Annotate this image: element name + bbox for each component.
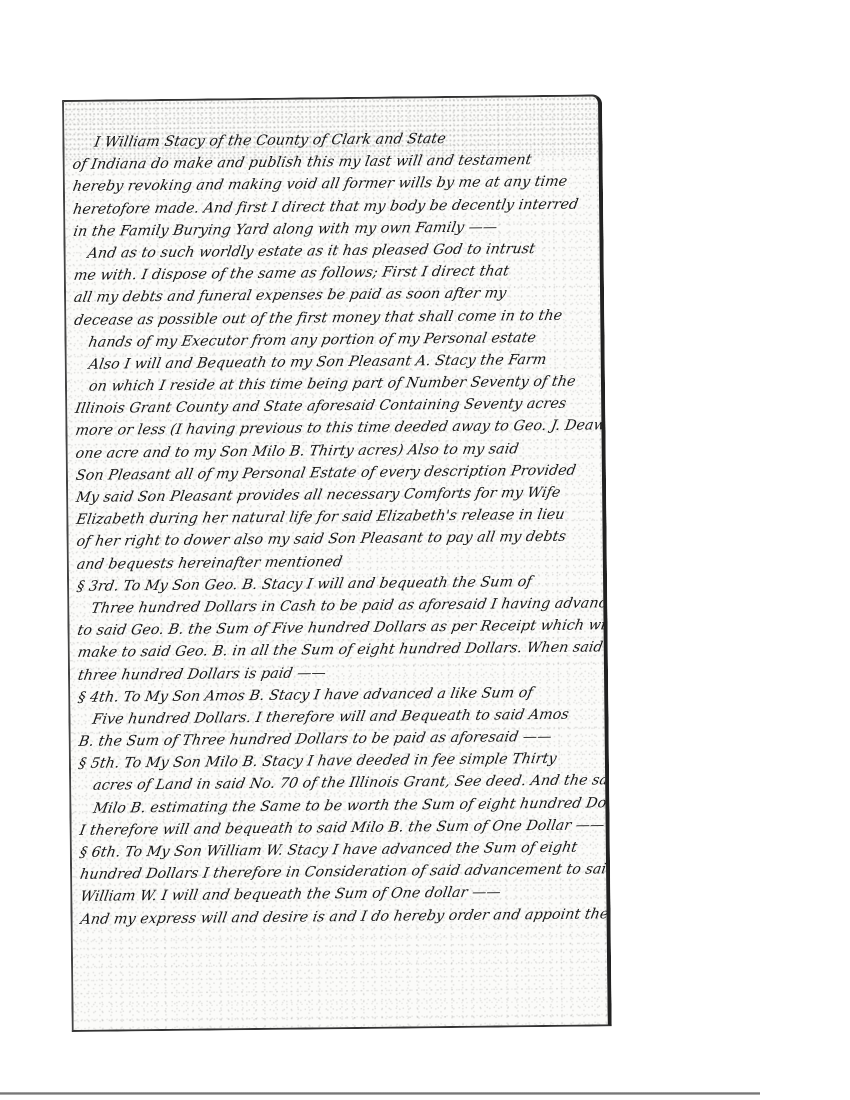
will-line: And my express will and desire is and I … bbox=[79, 903, 603, 931]
handwritten-text: I William Stacy of the County of Clark a… bbox=[72, 126, 600, 930]
scanned-page: I William Stacy of the County of Clark a… bbox=[0, 0, 850, 1100]
manuscript-sheet: I William Stacy of the County of Clark a… bbox=[62, 94, 612, 1032]
scanner-edge-line bbox=[0, 1092, 760, 1095]
